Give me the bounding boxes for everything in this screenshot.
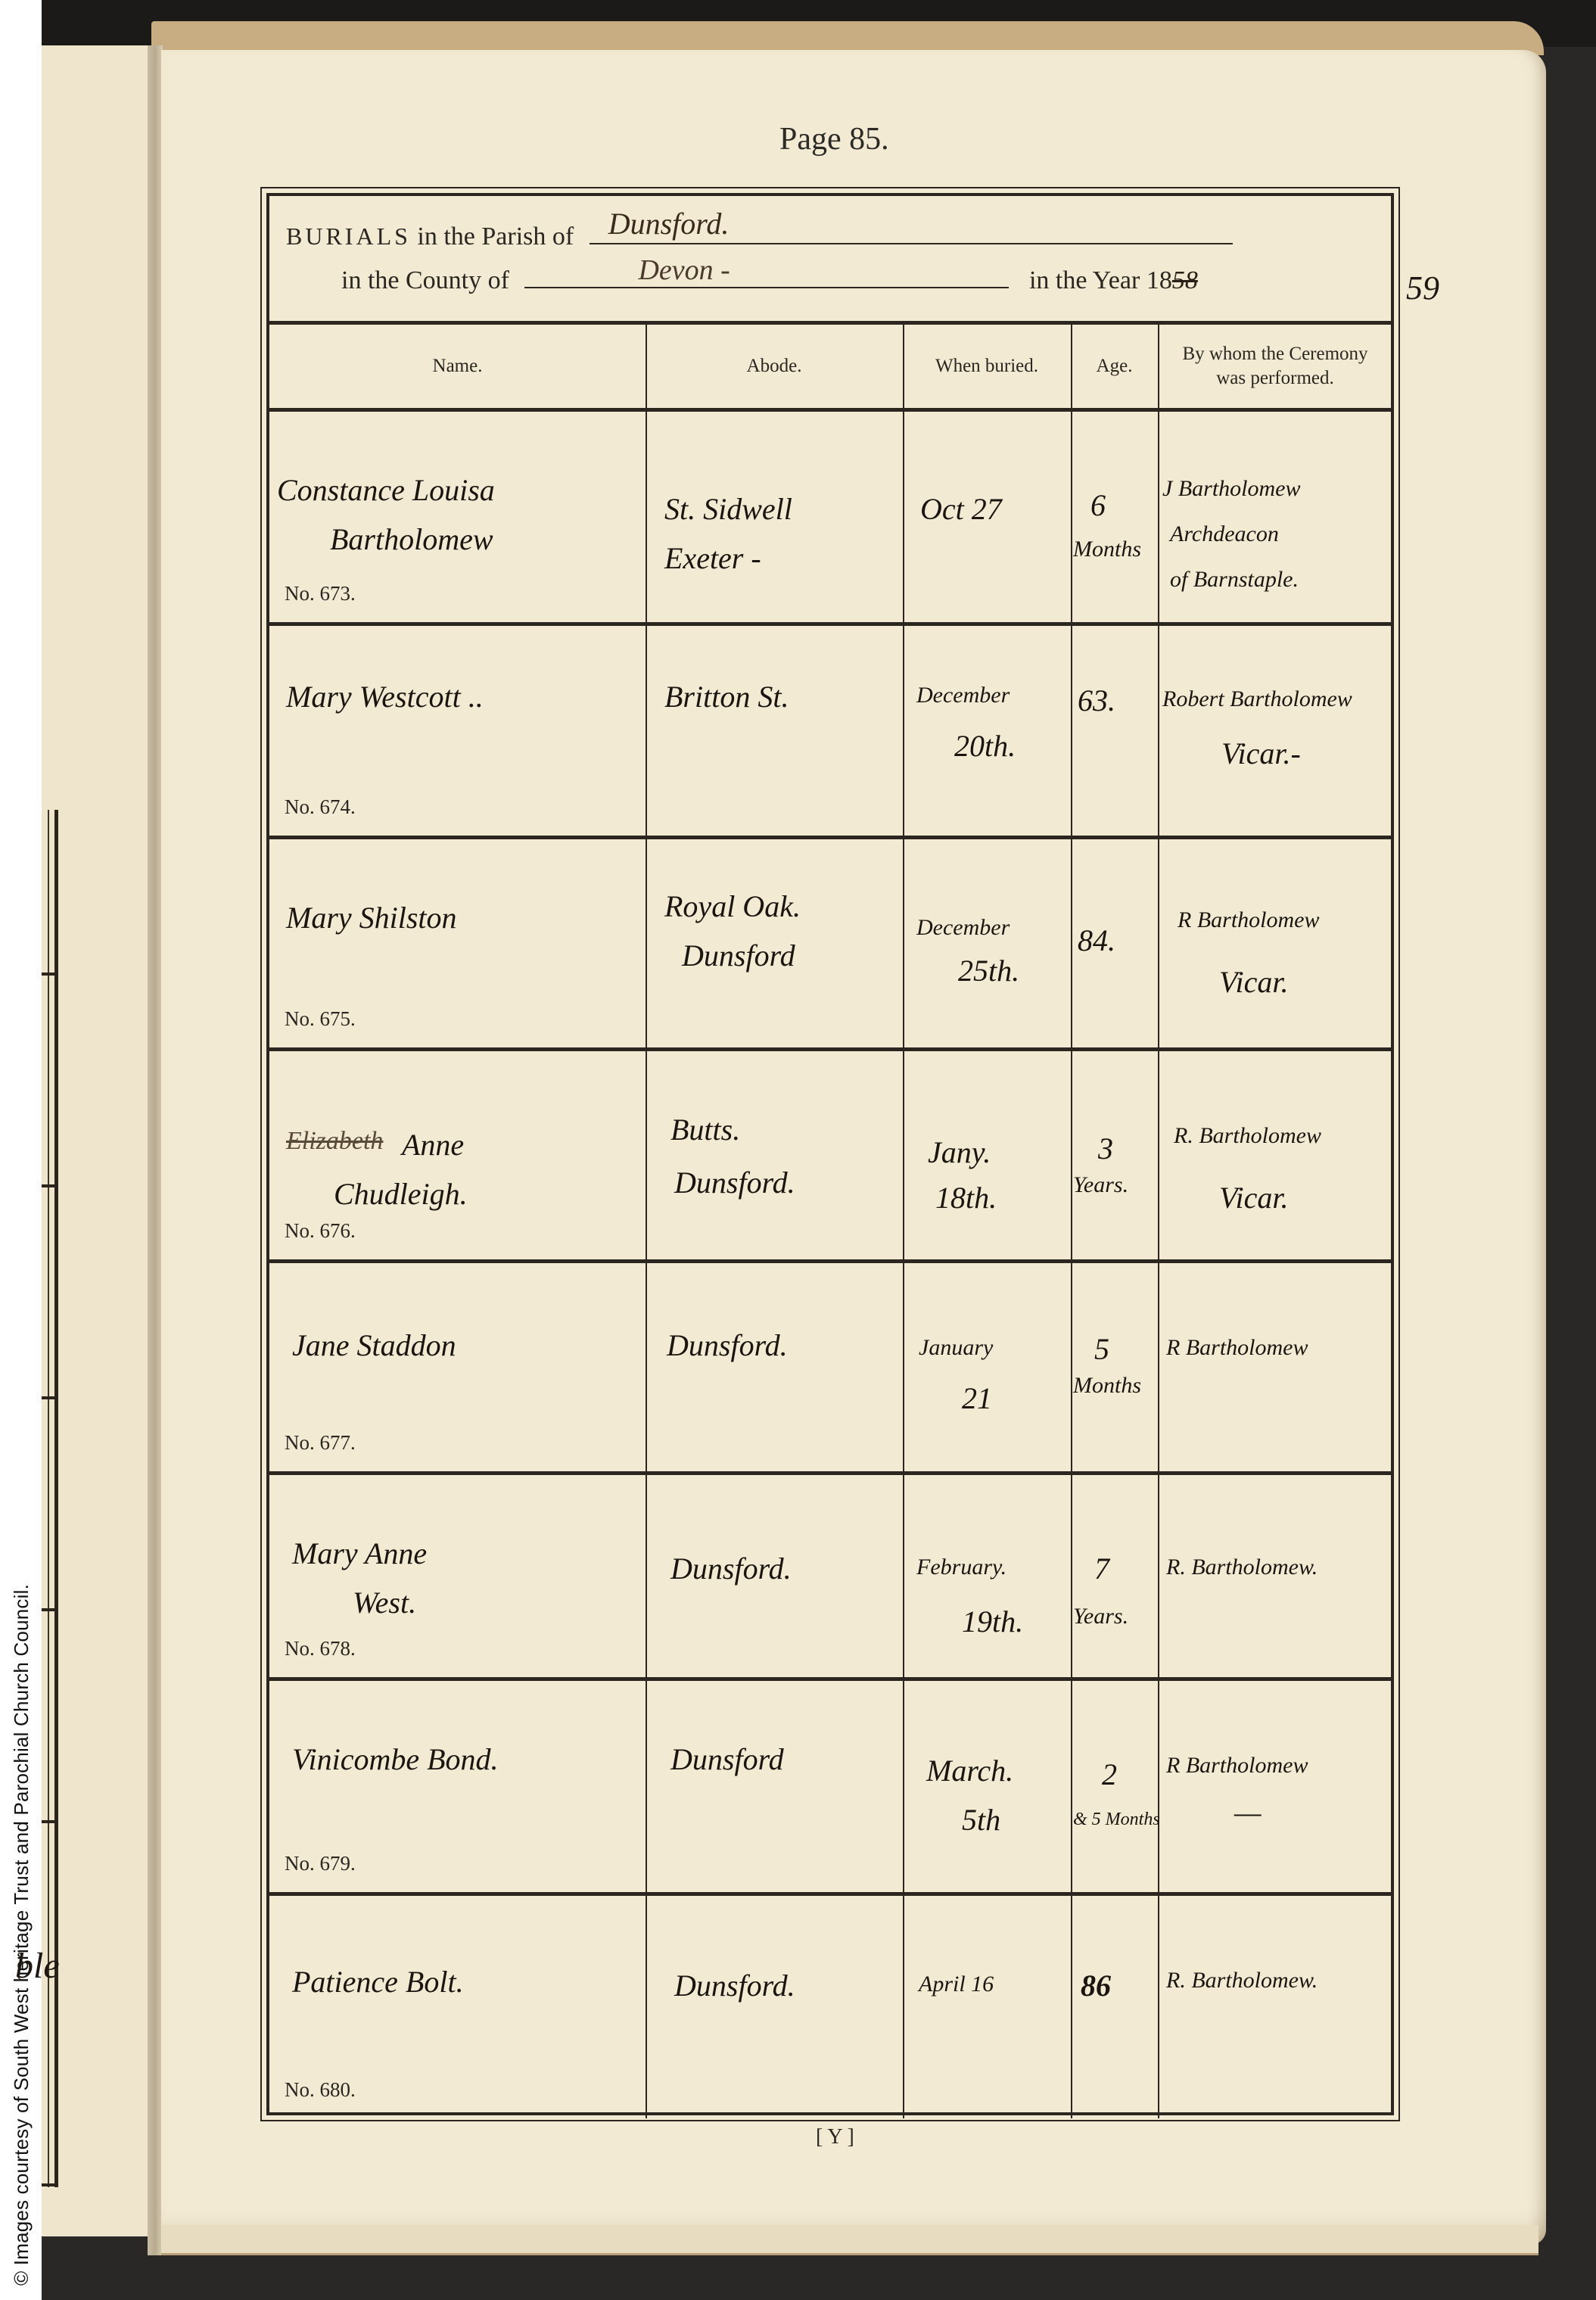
left-page-rule — [42, 1608, 58, 1611]
entry-age-unit: Years. — [1073, 1604, 1128, 1629]
entry-abode: Dunsford — [670, 1741, 784, 1777]
column-header-age: Age. — [1071, 325, 1158, 408]
left-page-rule — [42, 973, 58, 976]
entry-abode: Dunsford. — [670, 1551, 792, 1586]
entry-abode: Butts. — [670, 1112, 740, 1147]
entry-name-cont: West. — [353, 1585, 416, 1620]
entry-number: No. 674. — [285, 795, 356, 819]
entry-abode: Dunsford. — [667, 1327, 788, 1363]
burials-heading: BURIALS — [286, 223, 411, 250]
column-header-name: Name. — [269, 325, 646, 408]
entry-burial-day: 18th. — [935, 1180, 997, 1215]
left-page-rule — [42, 2183, 58, 2186]
left-page-rule — [42, 1820, 58, 1823]
entry-officiant-title: Vicar. — [1219, 964, 1288, 1000]
county-year-line: in the County of Devon - in the Year 185… — [341, 263, 1198, 295]
entry-officiant: R Bartholomew — [1166, 1335, 1308, 1361]
entry-age-unit: Years. — [1073, 1172, 1128, 1198]
entry-burial-day: 25th. — [958, 953, 1019, 988]
register-entry: Patience Bolt. No. 680. Dunsford. April … — [269, 1896, 1391, 2118]
entry-name: Vinicombe Bond. — [292, 1741, 499, 1777]
entry-officiant-dash: — — [1234, 1794, 1262, 1830]
entry-officiant: R. Bartholomew — [1174, 1123, 1321, 1149]
entry-name-struck-out: Elizabeth — [286, 1127, 383, 1156]
entry-name: Mary Shilston — [286, 900, 457, 935]
column-header-row: Name. Abode. When buried. Age. By whom t… — [269, 325, 1391, 412]
entry-burial-day: 20th. — [954, 728, 1016, 764]
printer-signature-mark: [Y] — [816, 2125, 859, 2149]
entry-abode-cont: Dunsford — [682, 938, 795, 973]
entry-burial-date: December — [916, 915, 1010, 941]
entry-officiant: Robert Bartholomew — [1162, 686, 1352, 712]
left-page-edge — [42, 45, 149, 2236]
register-entry: Vinicombe Bond. No. 679. Dunsford March.… — [269, 1681, 1391, 1896]
register-entry: Mary Shilston No. 675. Royal Oak. Dunsfo… — [269, 839, 1391, 1051]
entry-age: 84. — [1078, 923, 1115, 958]
entry-burial-day: 21 — [962, 1380, 992, 1416]
entry-burial-date: February. — [916, 1555, 1006, 1580]
burial-register-table: BURIALS in the Parish of Dunsford. in th… — [266, 193, 1394, 2115]
entry-number: No. 675. — [285, 1007, 356, 1031]
entry-name: Constance Louisa — [277, 472, 495, 508]
entry-name: Anne — [402, 1127, 464, 1162]
entry-burial-date: January — [919, 1335, 993, 1361]
left-page-rule — [42, 1184, 58, 1187]
entry-name-cont: Bartholomew — [330, 521, 493, 557]
county-value: Devon - — [638, 254, 730, 287]
entry-abode: Dunsford. — [674, 1968, 795, 2003]
book-gutter — [148, 45, 163, 2255]
register-entry: Elizabeth Anne Chudleigh. No. 676. Butts… — [269, 1051, 1391, 1263]
column-header-when-buried: When buried. — [903, 325, 1071, 408]
page-number: Page 85. — [779, 121, 889, 157]
entry-name: Jane Staddon — [292, 1327, 456, 1363]
entry-abode-cont: Exeter - — [664, 540, 761, 576]
parish-value: Dunsford. — [608, 206, 730, 241]
column-header-abode: Abode. — [646, 325, 903, 408]
entry-name: Mary Anne — [292, 1536, 427, 1571]
entry-officiant: R Bartholomew — [1178, 907, 1320, 933]
entry-abode: St. Sidwell — [664, 491, 792, 527]
entry-age: 3 — [1098, 1131, 1113, 1166]
entry-officiant: R. Bartholomew. — [1166, 1555, 1318, 1580]
entry-number: No. 679. — [285, 1852, 356, 1875]
entry-age: 86 — [1081, 1968, 1111, 2003]
entry-officiant-title: Vicar.- — [1221, 736, 1301, 771]
parish-prefix: in the Parish of — [417, 223, 574, 251]
entry-age: 7 — [1094, 1551, 1109, 1586]
entry-officiant-title: Archdeacon — [1170, 521, 1279, 547]
column-header-officiant: By whom the Ceremony was performed. — [1158, 325, 1392, 408]
entry-number: No. 677. — [285, 1431, 356, 1455]
entry-number: No. 673. — [285, 582, 356, 605]
register-entry: Jane Staddon No. 677. Dunsford. January … — [269, 1263, 1391, 1475]
entry-officiant: R. Bartholomew. — [1166, 1968, 1318, 1993]
entry-age-unit: Months — [1073, 1373, 1141, 1399]
county-prefix: in the County of — [341, 266, 509, 294]
entry-abode-cont: Dunsford. — [674, 1165, 795, 1200]
entry-burial-date: March. — [926, 1753, 1013, 1788]
entry-name: Mary Westcott .. — [286, 679, 484, 714]
entry-age-unit: & 5 Months — [1073, 1810, 1160, 1830]
entry-age: 5 — [1094, 1331, 1109, 1367]
entry-burial-date: December — [916, 683, 1010, 708]
entry-abode: Britton St. — [664, 679, 789, 714]
entry-burial-date: April 16 — [919, 1972, 994, 1997]
left-page-handwriting-fragment: ble — [15, 1945, 60, 1987]
entry-age: 63. — [1078, 683, 1115, 718]
entry-name: Patience Bolt. — [292, 1964, 464, 2000]
entry-age: 6 — [1090, 487, 1106, 523]
entry-number: No. 680. — [285, 2078, 356, 2102]
entry-age: 2 — [1102, 1757, 1117, 1792]
entry-officiant-title: Vicar. — [1219, 1180, 1288, 1215]
register-entry: Mary Westcott .. No. 674. Britton St. De… — [269, 626, 1391, 839]
entry-burial-date: Jany. — [928, 1134, 991, 1170]
entry-number: No. 678. — [285, 1637, 356, 1660]
entry-officiant-title-cont: of Barnstaple. — [1170, 567, 1299, 593]
year-overwritten-digits: 58 — [1172, 266, 1198, 294]
entry-abode: Royal Oak. — [664, 889, 801, 924]
register-title-block: BURIALS in the Parish of Dunsford. in th… — [269, 196, 1391, 325]
entry-burial-day: 19th. — [962, 1604, 1023, 1639]
left-page-rule — [42, 1396, 58, 1399]
entry-burial-date: Oct 27 — [920, 491, 1002, 527]
entry-officiant: R Bartholomew — [1166, 1753, 1308, 1779]
parish-field: Dunsford. — [590, 219, 1233, 244]
year-prefix: in the Year 18 — [1029, 266, 1172, 294]
entry-name-cont: Chudleigh. — [334, 1176, 468, 1212]
parish-line: BURIALS in the Parish of Dunsford. — [286, 219, 1233, 251]
entry-number: No. 676. — [285, 1219, 356, 1243]
copyright-notice: © Images courtesy of South West heritage… — [10, 1584, 33, 2286]
page-bottom-edge — [161, 2225, 1538, 2255]
year-handwritten-correction: 59 — [1406, 269, 1439, 307]
entry-officiant: J Bartholomew — [1162, 476, 1300, 502]
county-field: Devon - — [524, 263, 1009, 288]
entry-age-unit: Months — [1073, 537, 1141, 562]
register-entry: Mary Anne West. No. 678. Dunsford. Febru… — [269, 1475, 1391, 1681]
register-entry: Constance Louisa Bartholomew No. 673. St… — [269, 415, 1391, 626]
entry-burial-day: 5th — [962, 1802, 1000, 1838]
